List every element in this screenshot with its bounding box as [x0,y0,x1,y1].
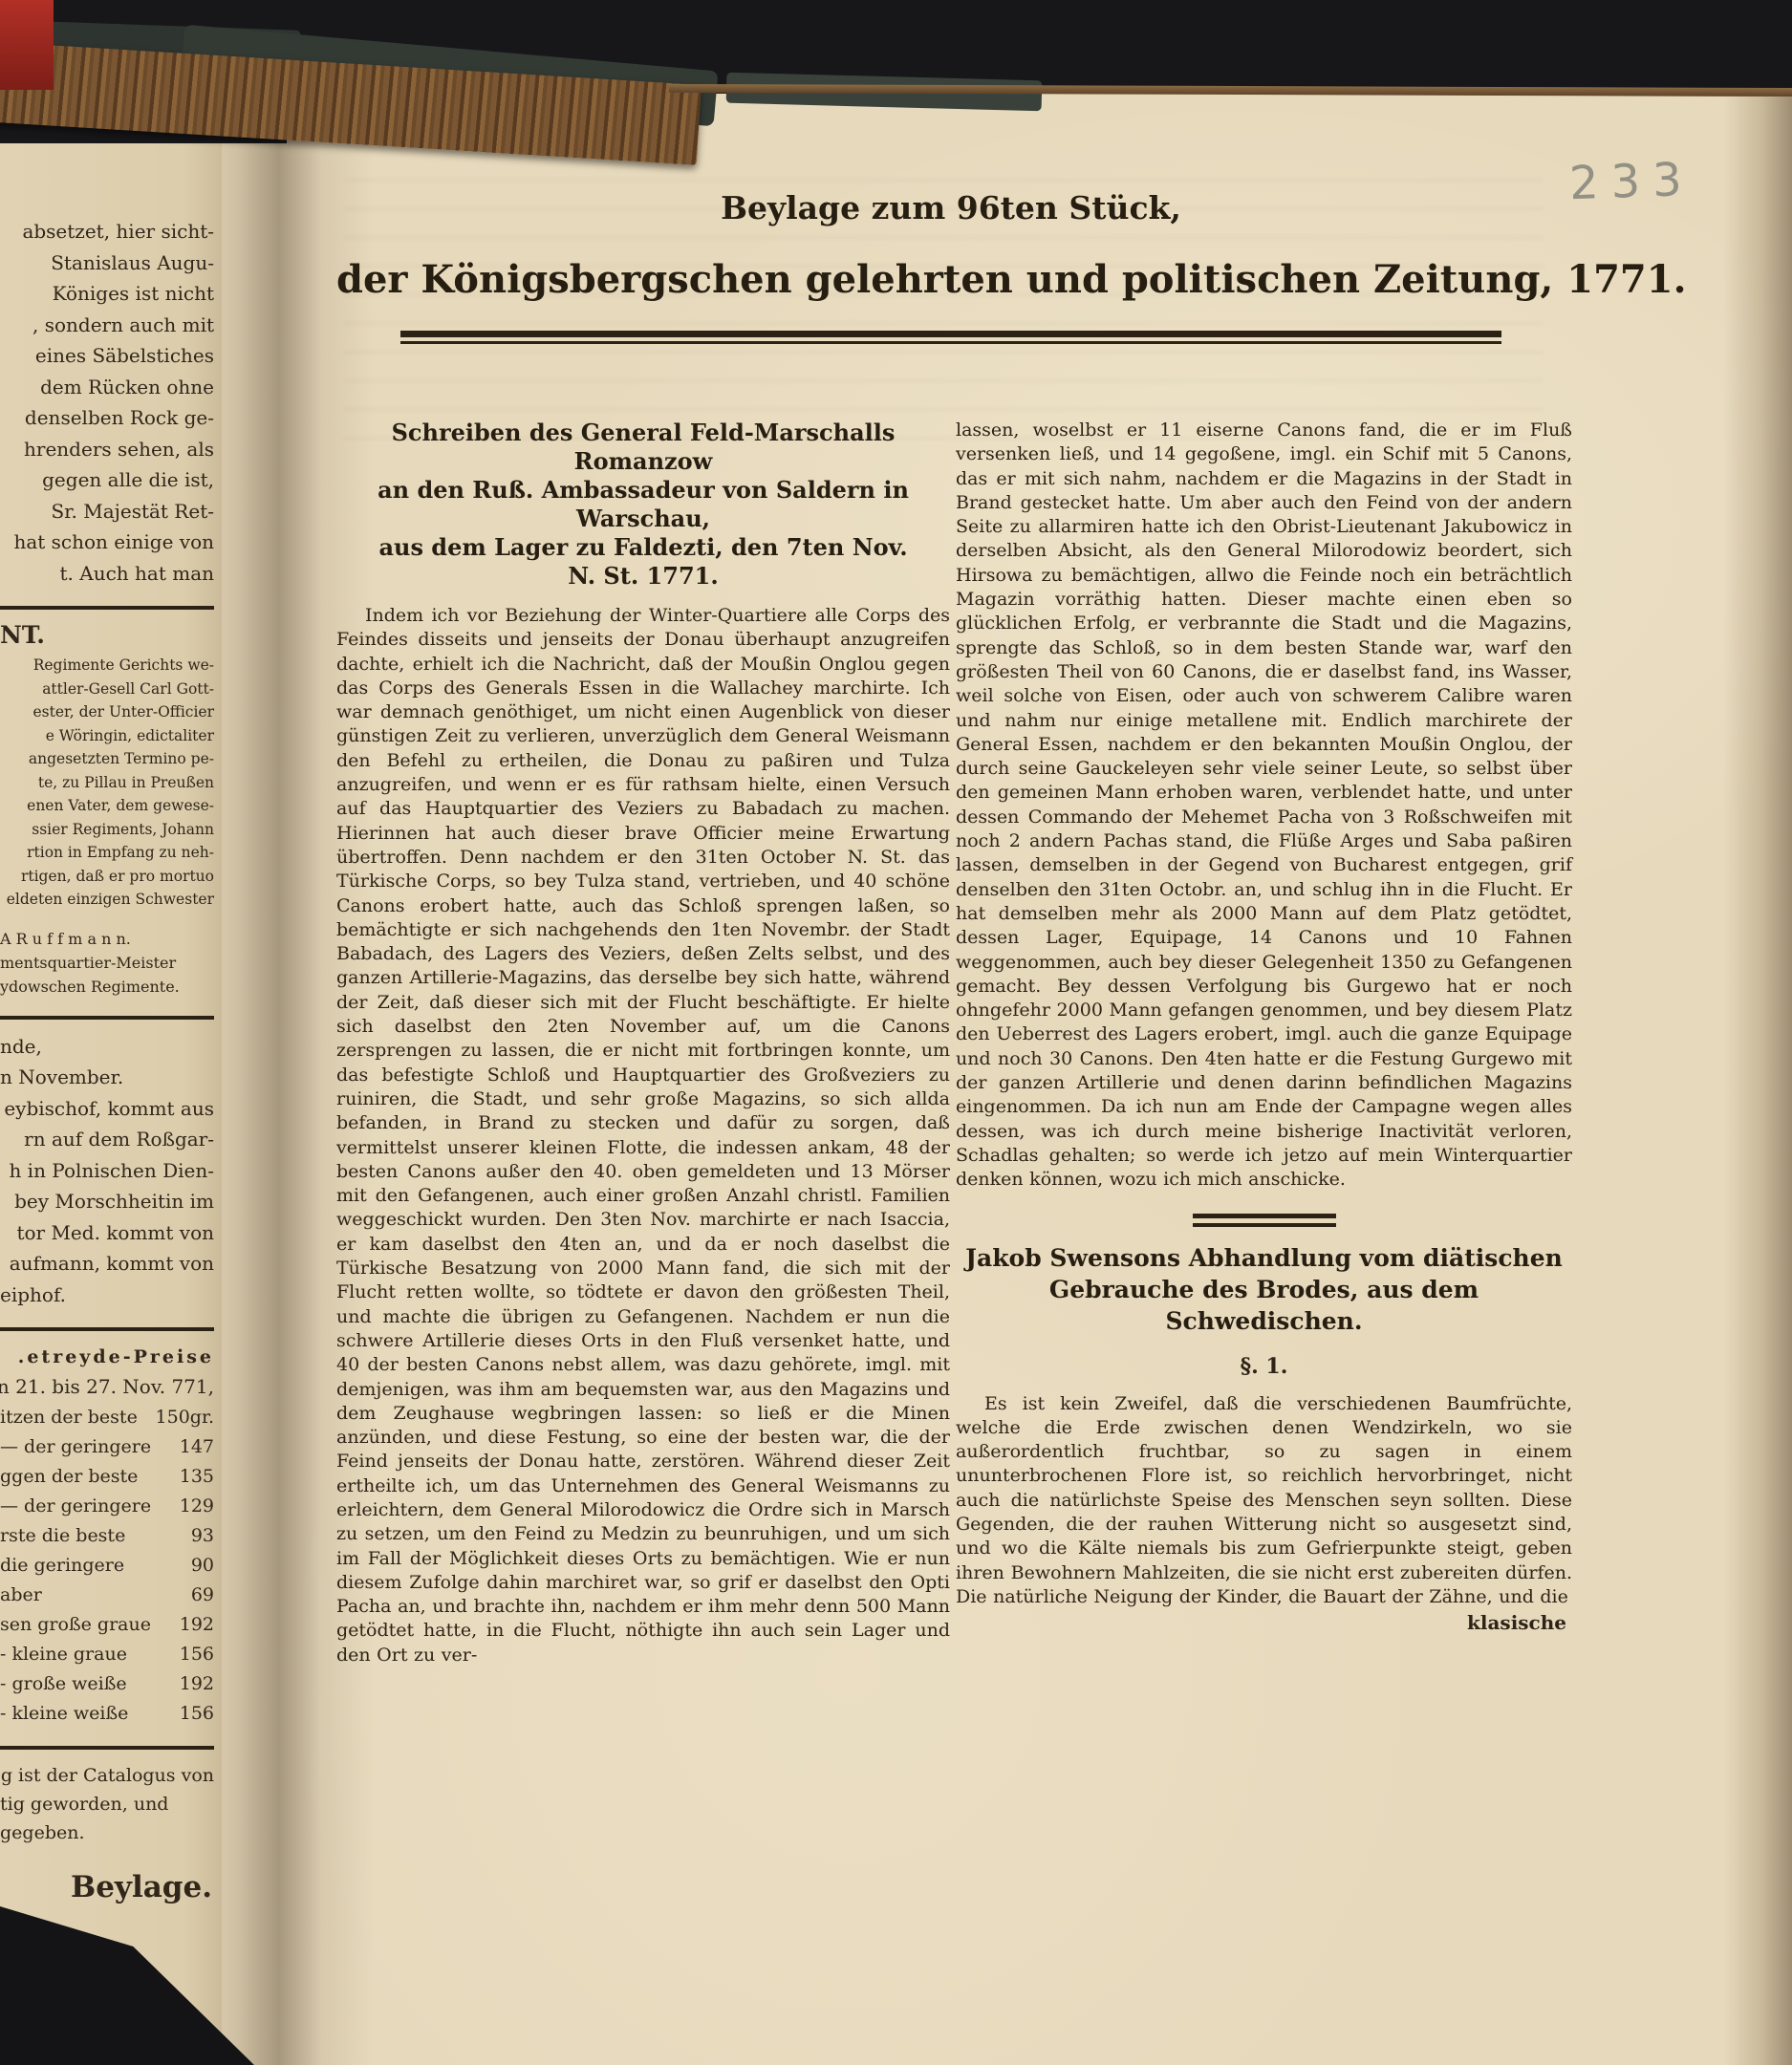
grain-price-label: sen große graue [0,1610,151,1640]
grain-price-row: - große weiße 192 [0,1669,214,1699]
fragment-notice-section: Regimente Gerichts we-attler-Gesell Carl… [0,654,214,912]
grain-price-value: 90 [191,1551,214,1581]
rule-thin [400,341,1501,344]
grain-price-row: - kleine graue 156 [0,1640,214,1669]
grain-price-value: 93 [191,1521,214,1551]
article1-right-text: lassen, woselbst er 11 eiserne Canons fa… [956,419,1572,1193]
fragment-line: rtigen, daß er pro mortuo [0,865,214,889]
grain-price-value: 129 [180,1492,214,1521]
article1-title-line: N. St. 1771. [336,562,950,591]
grain-price-row: - kleine weiße 156 [0,1699,214,1729]
grain-price-row: — der geringere 129 [0,1492,214,1521]
fragment-line: aufmann, kommt von [0,1248,214,1280]
red-bookmark-ribbon [0,0,54,90]
section-divider-rule [1193,1214,1336,1227]
fragment-line: hat schon einige von [0,527,214,558]
grain-price-row: aber 69 [0,1581,214,1610]
article2-text: Es ist kein Zweifel, daß die verschieden… [956,1392,1572,1610]
grain-price-label: - große weiße [0,1669,127,1699]
fragment-line: h in Polnischen Dien- [0,1155,214,1187]
fragment-line: ssier Regiments, Johann [0,818,214,842]
fragment-line: eldeten einzigen Schwester [0,888,214,912]
fragment-line: g ist der Catalogus von [0,1761,214,1790]
fragment-rule [0,1016,214,1020]
column-right: lassen, woselbst er 11 eiserne Canons fa… [956,419,1572,1634]
article1-title-line: aus dem Lager zu Faldezti, den 7ten Nov. [336,533,950,562]
grain-price-row: rste die beste 93 [0,1521,214,1551]
article2-catchword: klasische [956,1611,1572,1634]
fragment-line: Sr. Majestät Ret- [0,496,214,527]
fragment-line: bey Morschheitin im [0,1186,214,1217]
fragment-line: gegen alle die ist, [0,464,214,496]
grain-price-label: - kleine weiße [0,1699,128,1729]
fragment-line: eybischof, kommt aus [0,1093,214,1125]
fragment-rule [0,1327,214,1331]
article2-title-line: Gebrauche des Brodes, aus dem [956,1274,1572,1305]
fragment-arrivals-section: nde,n November.eybischof, kommt ausrn au… [0,1031,214,1311]
article1-title: Schreiben des General Feld-Marschalls Ro… [336,419,950,591]
fragment-line: e Wöringin, edictaliter [0,724,214,748]
grain-price-row: sen große graue 192 [0,1610,214,1640]
fragment-line: Königes ist nicht [0,278,214,310]
fragment-line: Stanislaus Augu- [0,247,214,279]
grain-price-row: die geringere 90 [0,1551,214,1581]
fragment-line: hrenders sehen, als [0,434,214,465]
fragment-signature-section: A R u f f m a n n.mentsquartier-Meistery… [0,927,214,999]
fragment-line: denselben Rock ge- [0,402,214,434]
grain-prices-table: itzen der beste 150gr. — der geringere 1… [0,1403,214,1729]
fragment-top-section: absetzet, hier sicht-Stanislaus Augu-Kön… [0,216,214,589]
grain-price-row: — der geringere 147 [0,1432,214,1462]
fragment-rule [0,1746,214,1750]
fragment-line: rtion in Empfang zu neh- [0,841,214,865]
grain-price-label: ggen der beste [0,1462,138,1492]
grain-price-row: ggen der beste 135 [0,1462,214,1492]
fragment-line: A R u f f m a n n. [0,927,214,951]
fragment-line: tig geworden, und [0,1790,214,1818]
article1-title-line: Schreiben des General Feld-Marschalls Ro… [336,419,950,476]
fragment-rule [0,606,214,610]
rule-thick [400,331,1501,337]
article2-title: Jakob Swensons Abhandlung vom diätischen… [956,1242,1572,1337]
grain-price-label: aber [0,1581,42,1610]
grain-price-label: — der geringere [0,1432,151,1462]
grain-price-label: — der geringere [0,1492,151,1521]
article2-section-mark: §. 1. [956,1354,1572,1379]
masthead: Beylage zum 96ten Stück, der Königsbergs… [336,189,1565,344]
fragment-line: absetzet, hier sicht- [0,216,214,247]
fragment-line: attler-Gesell Carl Gott- [0,678,214,701]
article2-title-line: Jakob Swensons Abhandlung vom diätischen [956,1242,1572,1274]
grain-price-value: 192 [180,1669,214,1699]
fragment-line: eiphof. [0,1280,214,1311]
grain-price-row: itzen der beste 150gr. [0,1403,214,1432]
grain-price-value: 69 [191,1581,214,1610]
fragment-line: , sondern auch mit [0,310,214,341]
grain-price-label: die geringere [0,1551,124,1581]
fragment-line: tor Med. kommt von [0,1217,214,1249]
masthead-line1: Beylage zum 96ten Stück, [336,189,1565,226]
fragment-line: Regimente Gerichts we- [0,654,214,678]
rule-thick [1193,1214,1336,1218]
grain-prices-dates: n 21. bis 27. Nov. 771, [0,1371,214,1403]
fragment-line: t. Auch hat man [0,558,214,590]
fragment-line: dem Rücken ohne [0,372,214,403]
grain-price-label: itzen der beste [0,1403,138,1432]
article1-left-text: Indem ich vor Beziehung der Winter-Quart… [336,604,950,1667]
fragment-line: enen Vater, dem gewese- [0,794,214,818]
rule-thin [1193,1223,1336,1227]
grain-price-value: 150gr. [156,1403,214,1432]
article2-title-line: Schwedischen. [956,1305,1572,1337]
fragment-line: mentsquartier-Meister [0,951,214,975]
fragment-line: n November. [0,1062,214,1093]
grain-price-value: 156 [180,1640,214,1669]
fragment-line: nde, [0,1031,214,1063]
grain-price-value: 135 [180,1462,214,1492]
grain-price-value: 192 [180,1610,214,1640]
fragment-line: angesetzten Termino pe- [0,747,214,771]
masthead-line2: der Königsbergschen gelehrten und politi… [336,257,1565,302]
fragment-line: rn auf dem Roßgar- [0,1124,214,1155]
grain-price-label: - kleine graue [0,1640,127,1669]
grain-price-value: 147 [180,1432,214,1462]
previous-page-fragment: absetzet, hier sicht-Stanislaus Augu-Kön… [0,216,214,1904]
fragment-line: ester, der Unter-Officier [0,700,214,724]
grain-prices-heading: etreyde-Preise. [0,1343,214,1371]
fragment-footer-section: g ist der Catalogus vontig geworden, und… [0,1761,214,1847]
fragment-line: eines Säbelstiches [0,340,214,372]
fragment-notice-heading: NT. [0,621,214,650]
article1-title-line: an den Ruß. Ambassadeur von Saldern in W… [336,476,950,533]
masthead-double-rule [400,331,1501,344]
column-left: Schreiben des General Feld-Marschalls Ro… [336,419,950,1667]
grain-price-label: rste die beste [0,1521,125,1551]
grain-price-value: 156 [180,1699,214,1729]
page-number-pencil: 233 [1568,153,1695,211]
fragment-line: ydowschen Regimente. [0,975,214,999]
fragment-line: gegeben. [0,1818,214,1847]
fragment-catchword: Beylage. [0,1870,214,1904]
fragment-line: te, zu Pillau in Preußen [0,771,214,795]
